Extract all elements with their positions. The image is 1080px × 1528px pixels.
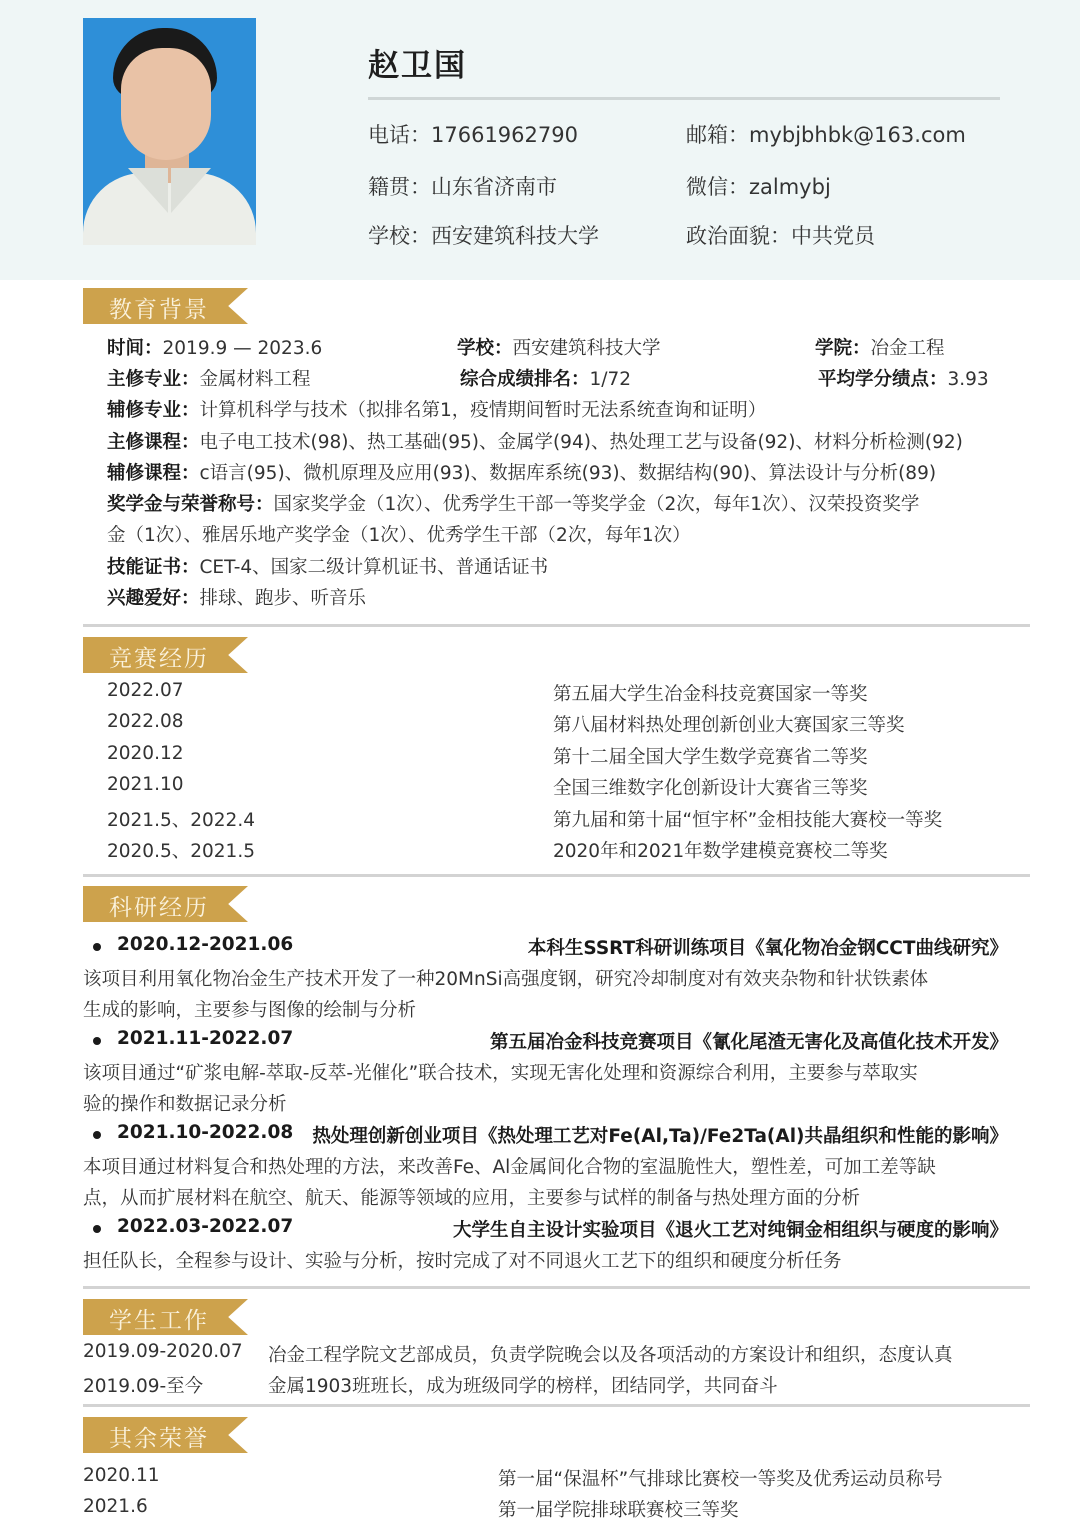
wechat-field: 微信：zalmybj — [686, 171, 831, 201]
work-desc: 金属1903班班长，成为班级同学的榜样，团结同学，共同奋斗 — [268, 1372, 778, 1398]
section-title-other-honors: 其余荣誉 — [83, 1417, 248, 1453]
edu-hobbies: 兴趣爱好：排球、跑步、听音乐 — [107, 584, 366, 610]
section-divider — [83, 624, 1030, 627]
research-desc: 本项目通过材料复合和热处理的方法，来改善Fe、Al金属间化合物的室温脆性大，塑性… — [83, 1153, 936, 1179]
research-desc: 该项目通过“矿浆电解-萃取-反萃-光催化”联合技术，实现无害化处理和资源综合利用… — [83, 1059, 918, 1085]
section-title-research: 科研经历 — [83, 886, 248, 922]
profile-header: 赵卫国 电话：17661962790 邮箱：mybjbhbk@163.com 籍… — [0, 0, 1080, 280]
section-title-education: 教育背景 — [83, 288, 248, 324]
competition-date: 2021.10 — [107, 774, 184, 795]
edu-major: 主修专业：金属材料工程 — [107, 365, 311, 391]
candidate-name: 赵卫国 — [368, 40, 467, 85]
political-status-field: 政治面貌：中共党员 — [686, 220, 875, 250]
competition-date: 2022.08 — [107, 711, 184, 732]
email-field: 邮箱：mybjbhbk@163.com — [686, 119, 966, 149]
edu-school: 学校：西安建筑科技大学 — [457, 334, 661, 360]
research-date: 2020.12-2021.06 — [117, 934, 293, 955]
research-project: 本科生SSRT科研训练项目《氧化物冶金钢CCT曲线研究》 — [528, 934, 1008, 960]
research-date: 2021.10-2022.08 — [117, 1122, 293, 1143]
edu-minor: 辅修专业：计算机科学与技术（拟排名第1，疫情期间暂时无法系统查询和证明） — [107, 396, 766, 422]
work-date: 2019.09-至今 — [83, 1372, 203, 1398]
bullet-icon — [93, 943, 101, 951]
research-date: 2022.03-2022.07 — [117, 1216, 293, 1237]
honor-award: 第一届学院排球联赛校三等奖 — [498, 1496, 739, 1522]
edu-major-courses: 主修课程：电子电工技术(98)、热工基础(95)、金属学(94)、热处理工艺与设… — [107, 428, 963, 454]
hometown-field: 籍贯：山东省济南市 — [368, 171, 557, 201]
header-divider — [368, 97, 1000, 100]
work-date: 2019.09-2020.07 — [83, 1341, 243, 1362]
honor-date: 2020.11 — [83, 1465, 160, 1486]
school-field: 学校：西安建筑科技大学 — [368, 220, 599, 250]
competition-award: 第五届大学生冶金科技竞赛国家一等奖 — [553, 680, 868, 706]
honor-award: 第一届“保温杯”气排球比赛校一等奖及优秀运动员称号 — [498, 1465, 943, 1491]
bullet-icon — [93, 1037, 101, 1045]
research-desc: 担任队长，全程参与设计、实验与分析，按时完成了对不同退火工艺下的组织和硬度分析任… — [83, 1247, 842, 1273]
edu-rank: 综合成绩排名：1/72 — [460, 365, 631, 391]
research-project: 大学生自主设计实验项目《退火工艺对纯铜金相组织与硬度的影响》 — [453, 1216, 1008, 1242]
phone-field: 电话：17661962790 — [368, 119, 578, 149]
competition-award: 第八届材料热处理创新创业大赛国家三等奖 — [553, 711, 905, 737]
research-desc: 验的操作和数据记录分析 — [83, 1090, 287, 1116]
work-desc: 冶金工程学院文艺部成员，负责学院晚会以及各项活动的方案设计和组织，态度认真 — [268, 1341, 953, 1367]
section-divider — [83, 1404, 1030, 1407]
edu-awards: 奖学金与荣誉称号：国家奖学金（1次）、优秀学生干部一等奖学金（2次，每年1次）、… — [107, 490, 919, 516]
profile-photo — [83, 18, 256, 245]
competition-award: 全国三维数字化创新设计大赛省三等奖 — [553, 774, 868, 800]
research-date: 2021.11-2022.07 — [117, 1028, 293, 1049]
honor-date: 2021.6 — [83, 1496, 148, 1517]
competition-date: 2020.5、2021.5 — [107, 837, 255, 863]
edu-minor-courses: 辅修课程：c语言(95)、微机原理及应用(93)、数据库系统(93)、数据结构(… — [107, 459, 936, 485]
edu-gpa: 平均学分绩点：3.93 — [818, 365, 989, 391]
research-project: 第五届冶金科技竞赛项目《氰化尾渣无害化及高值化技术开发》 — [490, 1028, 1008, 1054]
edu-certs: 技能证书：CET-4、国家二级计算机证书、普通话证书 — [107, 553, 548, 579]
research-project: 热处理创新创业项目《热处理工艺对Fe(Al,Ta)/Fe2Ta(Al)共晶组织和… — [312, 1122, 1008, 1148]
edu-time: 时间：2019.9 — 2023.6 — [107, 334, 322, 360]
edu-college: 学院：冶金工程 — [815, 334, 945, 360]
research-desc: 生成的影响，主要参与图像的绘制与分析 — [83, 996, 416, 1022]
bullet-icon — [93, 1225, 101, 1233]
competition-date: 2022.07 — [107, 680, 184, 701]
edu-awards-cont: 金（1次）、雅居乐地产奖学金（1次）、优秀学生干部（2次，每年1次） — [107, 521, 691, 547]
competition-date: 2020.12 — [107, 743, 184, 764]
research-desc: 该项目利用氧化物冶金生产技术开发了一种20MnSi高强度钢，研究冷却制度对有效夹… — [83, 965, 928, 991]
section-divider — [83, 874, 1030, 877]
research-desc: 点，从而扩展材料在航空、航天、能源等领域的应用，主要参与试样的制备与热处理方面的… — [83, 1184, 860, 1210]
competition-award: 第九届和第十届“恒宇杯”金相技能大赛校一等奖 — [553, 806, 942, 832]
competition-award: 第十二届全国大学生数学竞赛省二等奖 — [553, 743, 868, 769]
section-title-competitions: 竞赛经历 — [83, 637, 248, 673]
section-title-student-work: 学生工作 — [83, 1299, 248, 1335]
bullet-icon — [93, 1131, 101, 1139]
section-divider — [83, 1286, 1030, 1289]
competition-date: 2021.5、2022.4 — [107, 806, 255, 832]
competition-award: 2020年和2021年数学建模竞赛校二等奖 — [553, 837, 888, 863]
